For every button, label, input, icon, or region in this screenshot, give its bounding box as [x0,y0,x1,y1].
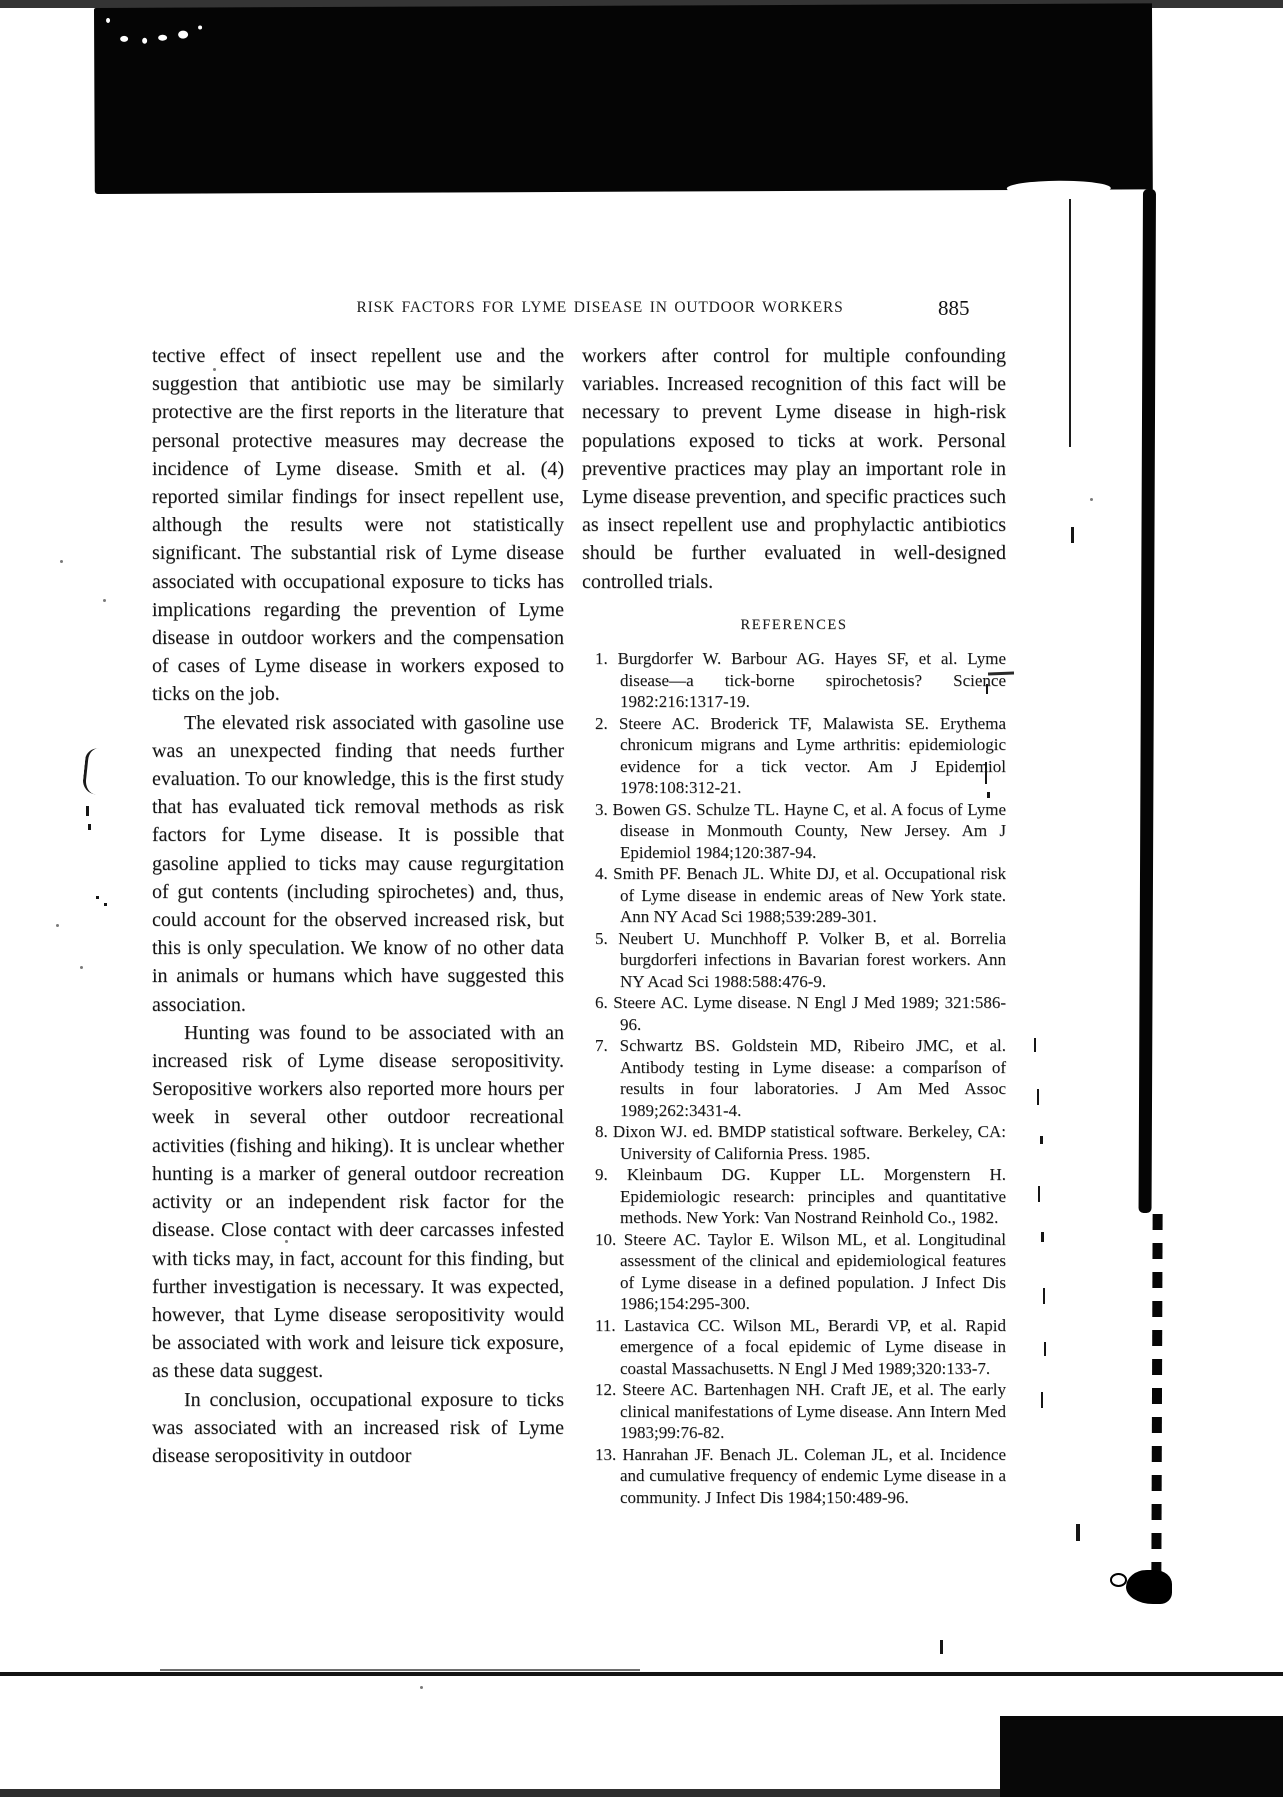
references-heading: REFERENCES [582,611,1006,639]
scan-margin-mark [985,762,987,784]
scan-dust-speck [60,560,63,563]
reference-item: 11. Lastavica CC. Wilson ML, Berardi VP,… [595,1315,1006,1380]
scanned-journal-page: RISK FACTORS FOR LYME DISEASE IN OUTDOOR… [0,0,1283,1797]
body-paragraph: workers after control for multiple confo… [582,342,1006,596]
reference-item: 12. Steere AC. Bartenhagen NH. Craft JE,… [595,1379,1006,1444]
scan-white-speck [158,35,167,41]
scan-white-notch [1007,181,1111,196]
scan-margin-mark [1071,527,1074,543]
scan-margin-mark [1040,1136,1043,1144]
right-column-text: workers after control for multiple confo… [582,342,1006,596]
scan-margin-mark [1041,1392,1043,1408]
scan-margin-mark [1041,1232,1044,1242]
reference-item: 6. Steere AC. Lyme disease. N Engl J Med… [595,992,1006,1035]
scan-dust-speck [103,599,106,602]
reference-item: 3. Bowen GS. Schulze TL. Hayne C, et al.… [595,799,1006,864]
reference-list: 1. Burgdorfer W. Barbour AG. Hayes SF, e… [582,648,1006,1508]
scan-horizontal-rule [0,1672,1283,1676]
left-text-column: tective effect of insect repellent use a… [152,342,564,1470]
scan-margin-mark [1037,1089,1039,1105]
reference-item: 5. Neubert U. Munchhoff P. Volker B, et … [595,928,1006,993]
scan-margin-mark [986,684,988,694]
reference-item: 9. Kleinbaum DG. Kupper LL. Morgenstern … [595,1164,1006,1229]
scan-right-stripe [1139,189,1156,1213]
scan-ink-blob [1126,1570,1172,1604]
scan-margin-mark [987,792,990,798]
scan-margin-mark [1038,1186,1040,1202]
running-title: RISK FACTORS FOR LYME DISEASE IN OUTDOOR… [150,299,1050,317]
reference-item: 2. Steere AC. Broderick TF, Malawista SE… [595,713,1006,799]
reference-item: 8. Dixon WJ. ed. BMDP statistical softwa… [595,1121,1006,1164]
scan-dust-speck [56,924,59,927]
scan-margin-mark [86,806,89,816]
scan-margin-mark [940,1640,943,1654]
scan-margin-mark [96,896,99,899]
body-paragraph: tective effect of insect repellent use a… [152,342,564,709]
scan-margin-mark [1044,1342,1046,1356]
scan-white-speck [178,31,188,39]
right-text-column: workers after control for multiple confo… [582,342,1006,1508]
scan-margin-mark [104,903,107,906]
scan-black-band [94,3,1153,194]
scan-dust-speck [213,368,216,371]
reference-item: 10. Steere AC. Taylor E. Wilson ML, et a… [595,1229,1006,1315]
body-paragraph: Hunting was found to be associated with … [152,1019,564,1386]
page-number: 885 [938,296,970,321]
reference-item: 13. Hanrahan JF. Benach JL. Coleman JL, … [595,1444,1006,1509]
scan-margin-mark [1043,1288,1045,1304]
reference-item: 7. Schwartz BS. Goldstein MD, Ribeiro JM… [595,1035,1006,1121]
scan-dust-speck [420,1686,423,1689]
scan-right-stripe-dashes [1151,1214,1162,1572]
scan-dust-speck [1090,498,1093,501]
scan-margin-mark [88,824,91,830]
body-paragraph: In conclusion, occupational exposure to … [152,1386,564,1471]
reference-item: 1. Burgdorfer W. Barbour AG. Hayes SF, e… [595,648,1006,713]
reference-item: 4. Smith PF. Benach JL. White DJ, et al.… [595,863,1006,928]
scan-corner-block [1000,1716,1283,1797]
scan-margin-squiggle [82,747,102,794]
scan-margin-mark [1034,1038,1036,1052]
scan-horizontal-fringe [160,1669,640,1671]
scan-white-speck [106,18,110,23]
scan-white-speck [142,38,147,44]
scan-margin-mark [1076,1524,1080,1541]
scan-thin-vertical-line [1069,199,1071,447]
scan-dust-speck [80,966,83,969]
scan-dust-speck [955,1060,958,1063]
scan-dust-speck [285,1240,288,1243]
scan-white-speck [120,36,128,42]
scan-white-speck [198,26,202,30]
body-paragraph: The elevated risk associated with gasoli… [152,709,564,1019]
